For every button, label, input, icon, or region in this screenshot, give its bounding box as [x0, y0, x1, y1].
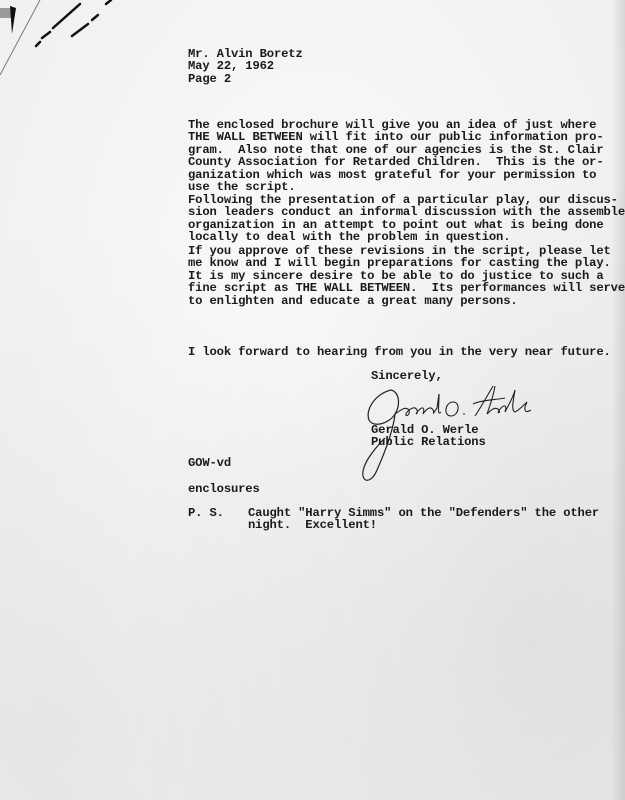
text-line: I look forward to hearing from you in th… — [188, 346, 611, 358]
enclosures-note: enclosures — [188, 483, 260, 495]
page-edge-shadow — [611, 0, 625, 800]
text-line: locally to deal with the problem in ques… — [188, 231, 625, 243]
postscript-line: night. Excellent! — [188, 519, 599, 531]
signer-block: Gerald O. WerlePublic Relations — [371, 424, 486, 449]
text-line: sion leaders conduct an informal discuss… — [188, 206, 625, 218]
text-line: fine script as THE WALL BETWEEN. Its per… — [188, 282, 625, 294]
page-number: Page 2 — [188, 73, 303, 85]
text-line: to enlighten and educate a great many pe… — [188, 295, 625, 307]
text-line: me know and I will begin preparations fo… — [188, 257, 625, 269]
letter-date: May 22, 1962 — [188, 60, 303, 72]
paragraph-discussion: Following the presentation of a particul… — [188, 194, 625, 244]
text-line: County Association for Retarded Children… — [188, 156, 604, 168]
text-line: use the script. — [188, 181, 604, 193]
text-line: THE WALL BETWEEN will fit into our publi… — [188, 131, 604, 143]
paragraph-closing-remark: I look forward to hearing from you in th… — [188, 346, 611, 358]
paragraph-revisions: If you approve of these revisions in the… — [188, 245, 625, 307]
postscript-label: P. S. — [188, 507, 248, 519]
postscript: P. S.Caught "Harry Simms" on the "Defend… — [188, 507, 599, 532]
letter-page: Mr. Alvin BoretzMay 22, 1962Page 2 The e… — [0, 0, 625, 800]
paragraph-brochure: The enclosed brochure will give you an i… — [188, 119, 604, 193]
signer-title: Public Relations — [371, 436, 486, 448]
typist-initials: GOW-vd — [188, 457, 231, 469]
letter-header: Mr. Alvin BoretzMay 22, 1962Page 2 — [188, 48, 303, 85]
corner-pen-marks-icon — [0, 0, 130, 80]
